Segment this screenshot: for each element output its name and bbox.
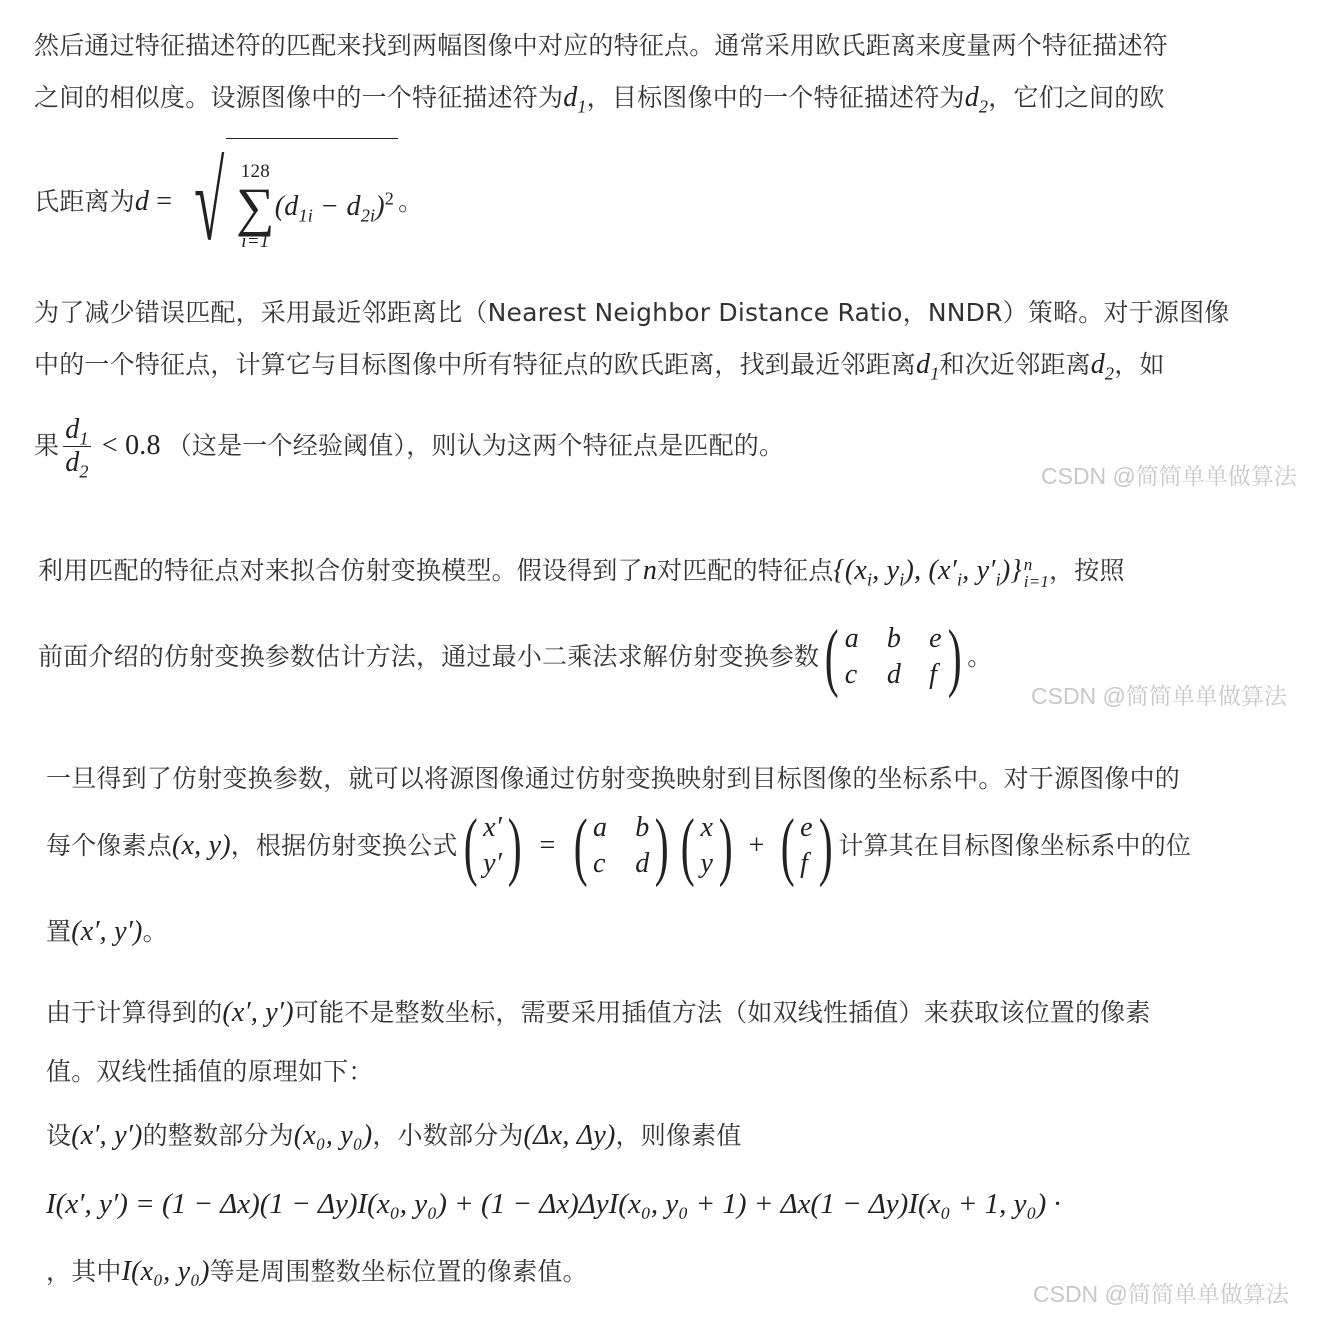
p5-line5: ，其中I(x₀, y₀)等是周围整数坐标位置的像素值。: [46, 1256, 588, 1288]
text: ，根据仿射变换公式: [231, 830, 458, 862]
math-point-prime: (x′, y′): [71, 916, 142, 947]
text: 计算其在目标图像坐标系中的位: [838, 830, 1191, 862]
math: (x₀, y₀): [294, 1120, 373, 1151]
text: 氏距离为: [34, 142, 135, 262]
vector-ef: ( ef ): [775, 808, 839, 884]
radical-icon: √: [195, 147, 225, 257]
sum-body: (d1i − d2i)2: [275, 147, 394, 267]
text: 的整数部分为: [143, 1121, 294, 1150]
text: ，按照: [1049, 556, 1125, 585]
p2-line1: 为了减少错误匹配，采用最近邻距离比（Nearest Neighbor Dista…: [34, 297, 1230, 329]
text: 对匹配的特征点: [657, 556, 833, 585]
math-d2: d2: [965, 82, 989, 113]
text: ，它们之间的欧: [988, 83, 1164, 112]
math-d1: d1: [916, 349, 940, 380]
radicand: 128 ∑ i=1 (d1i − d2i)2: [226, 138, 398, 267]
p3-line1: 利用匹配的特征点对来拟合仿射变换模型。假设得到了n对匹配的特征点{(xi, yi…: [38, 555, 1125, 590]
p2-line2: 中的一个特征点，计算它与目标图像中所有特征点的欧氏距离，找到最近邻距离d1和次近…: [34, 349, 1165, 381]
matrix-abcd: ( abcd ): [568, 808, 675, 884]
p2-line3-ratio: 果 d1 d2 < 0.8 （这是一个经验阈值），则认为这两个特征点是匹配的。: [34, 408, 784, 484]
text: 由于计算得到的: [46, 998, 222, 1027]
text: （这是一个经验阈值），则认为这两个特征点是匹配的。: [167, 430, 785, 462]
p4-line2-affine-formula: 每个像素点 (x, y) ，根据仿射变换公式 ( x′y′ ) = ( abcd…: [46, 806, 1191, 886]
p4-line3: 置(x′, y′)。: [46, 916, 168, 948]
text: ，小数部分为: [372, 1121, 523, 1150]
math-point-prime: (x′, y′): [222, 997, 293, 1028]
equals: =: [540, 830, 556, 862]
text: ，如: [1114, 350, 1164, 379]
p1-line1: 然后通过特征描述符的匹配来找到两幅图像中对应的特征点。通常采用欧氏距离来度量两个…: [34, 30, 1168, 62]
math: I(x₀, y₀): [122, 1256, 210, 1287]
p5-line2: 值。双线性插值的原理如下：: [46, 1056, 374, 1088]
watermark: CSDN @简简单单做算法: [1041, 458, 1297, 491]
text: 。: [967, 641, 992, 673]
vector-x-prime: ( x′y′ ): [458, 808, 528, 884]
text: ，其中: [46, 1257, 122, 1286]
p3-line2-matrix: 前面介绍的仿射变换参数估计方法，通过最小二乘法求解仿射变换参数 ( abe cd…: [38, 618, 992, 696]
math: (Δx, Δy): [524, 1120, 616, 1151]
p4-line1: 一旦得到了仿射变换参数，就可以将源图像通过仿射变换映射到目标图像的坐标系中。对于…: [46, 763, 1180, 795]
bilinear-interpolation-formula: I(x′, y′) = (1 − Δx)(1 − Δy)I(x₀, y₀) + …: [46, 1188, 1061, 1220]
text: 。: [143, 917, 168, 946]
parameter-matrix: ( abe cdf ): [819, 619, 967, 695]
text: 中的一个特征点，计算它与目标图像中所有特征点的欧氏距离，找到最近邻距离: [34, 350, 916, 379]
text: 果: [34, 430, 59, 462]
p5-line1: 由于计算得到的(x′, y′)可能不是整数坐标，需要采用插值方法（如双线性插值）…: [46, 997, 1151, 1029]
text: 和次近邻距离: [940, 350, 1091, 379]
math-point-set: {(xi, yi), (x′i, y′i)}ni=1: [833, 555, 1049, 586]
text: 可能不是整数坐标，需要采用插值方法（如双线性插值）来获取该位置的像素: [294, 998, 1151, 1027]
sqrt-expression: √ 128 ∑ i=1 (d1i − d2i)2: [179, 138, 398, 267]
math: (x′, y′): [71, 1120, 142, 1151]
math-d2: d2: [1091, 349, 1115, 380]
p1-line3-euclidean-formula: 氏距离为 d = √ 128 ∑ i=1 (d1i − d2i)2 。: [34, 142, 423, 262]
text: 前面介绍的仿射变换参数估计方法，通过最小二乘法求解仿射变换参数: [38, 641, 819, 673]
text: 每个像素点: [46, 830, 172, 862]
fraction-d1-over-d2: d1 d2: [63, 414, 91, 479]
math-d1: d1: [563, 82, 587, 113]
plus: +: [749, 830, 765, 862]
math-d: d: [135, 142, 149, 262]
text: 。: [398, 142, 423, 262]
p1-line2: 之间的相似度。设源图像中的一个特征描述符为d1，目标图像中的一个特征描述符为d2…: [34, 82, 1165, 114]
text: 置: [46, 917, 71, 946]
text: ，目标图像中的一个特征描述符为: [587, 83, 965, 112]
vector-xy: ( xy ): [675, 808, 739, 884]
math-n: n: [643, 555, 657, 586]
text: ，则像素值: [616, 1121, 742, 1150]
watermark: CSDN @简简单单做算法: [1031, 678, 1287, 711]
math-point: (x, y): [172, 830, 231, 862]
summation: 128 ∑ i=1: [236, 162, 275, 252]
p5-line3: 设(x′, y′)的整数部分为(x₀, y₀)，小数部分为(Δx, Δy)，则像…: [46, 1120, 742, 1152]
text: 之间的相似度。设源图像中的一个特征描述符为: [34, 83, 563, 112]
text: 等是周围整数坐标位置的像素值。: [210, 1257, 588, 1286]
inequality: < 0.8: [95, 430, 161, 462]
equals: =: [149, 142, 179, 262]
text: 利用匹配的特征点对来拟合仿射变换模型。假设得到了: [38, 556, 643, 585]
text: 设: [46, 1121, 71, 1150]
watermark: CSDN @简简单单做算法: [1033, 1276, 1289, 1309]
